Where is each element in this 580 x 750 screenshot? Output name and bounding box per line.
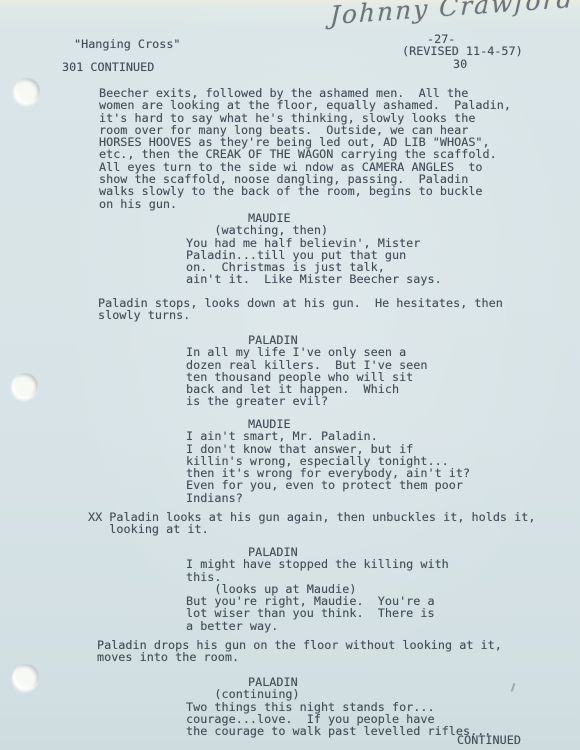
scene-continued: 301 CONTINUED [62, 61, 154, 73]
dialogue-lines: (continuing) Two things this night stand… [186, 688, 491, 737]
action-paragraph-1: Beecher exits, followed by the ashamed m… [99, 87, 511, 210]
script-title: "Hanging Cross" [74, 38, 181, 50]
scene-number: 30 [453, 58, 467, 70]
dialogue-lines: I ain't smart, Mr. Paladin. I don't know… [186, 430, 470, 504]
action-paragraph-4: Paladin drops his gun on the floor witho… [97, 639, 502, 664]
dialogue-block-paladin-1: PALADIN In all my life I've only seen a … [186, 334, 427, 408]
revision-note: (REVISED 11-4-57) [402, 45, 523, 57]
hole-punch [12, 373, 38, 399]
action-paragraph-3: XX Paladin looks at his gun again, then … [88, 511, 535, 536]
stray-pen-mark [511, 683, 516, 692]
action-paragraph-2: Paladin stops, looks down at his gun. He… [98, 297, 503, 322]
dialogue-block-maudie-1: MAUDIE (watching, then) You had me half … [186, 212, 442, 286]
dialogue-lines: I might have stopped the killing with th… [186, 558, 449, 632]
dialogue-lines: (watching, then) You had me half believi… [186, 224, 442, 285]
dialogue-block-paladin-3: PALADIN (continuing) Two things this nig… [186, 676, 491, 737]
continued-footer: CONTINUED [457, 734, 521, 746]
dialogue-lines: In all my life I've only seen a dozen re… [186, 346, 427, 407]
dialogue-block-maudie-2: MAUDIE I ain't smart, Mr. Paladin. I don… [186, 418, 470, 504]
script-page: Johnny Crawford "Hanging Cross" 301 CONT… [0, 0, 580, 750]
hole-punch [13, 664, 39, 690]
dialogue-block-paladin-2: PALADIN I might have stopped the killing… [186, 546, 449, 632]
hole-punch [14, 78, 40, 104]
handwritten-signature: Johnny Crawford [329, 0, 575, 30]
